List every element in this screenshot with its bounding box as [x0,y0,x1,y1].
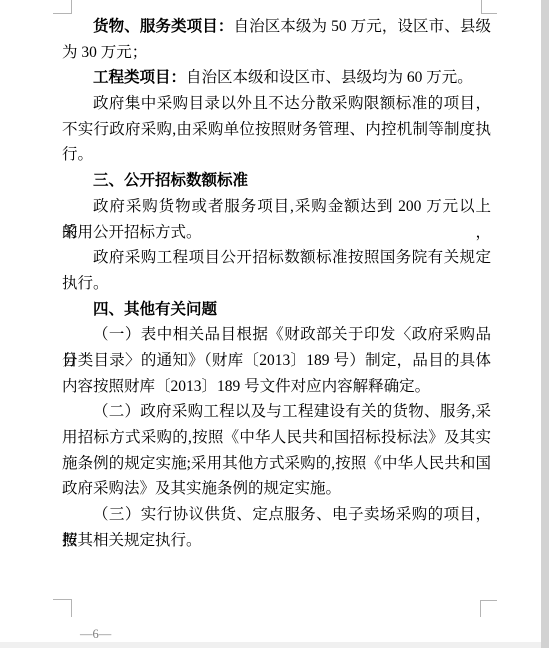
text-run: 政府集中采购目录以外且不达分散采购限额标准的项目， [93,95,491,112]
text-run: （二）政府采购工程以及与工程建设有关的货物、服务,采 [93,403,491,420]
text-run: 政府采购工程项目公开招标数额标准按照国务院有关规定 [93,249,491,266]
text-line: 执行。 [62,271,491,297]
text-run: 不实行政府采购,由采购单位按照财务管理、内控机制等制度执 [62,121,491,138]
text-boundary-mark-bottom-left-icon [53,599,72,617]
text-run: 自治区本级和设区市、县级均为 60 万元。 [186,69,473,86]
text-line: 分类目录〉的通知》（财库〔2013〕189 号）制定，品目的具体 [62,348,491,374]
text-run: 执行。 [62,275,109,292]
text-run: 为 30 万元； [62,44,147,61]
text-boundary-mark-bottom-right-icon [480,600,497,617]
text-line: （一）表中相关品目根据《财政部关于印发〈政府采购品目 [62,322,491,348]
text-line: 政府采购货物或者服务项目,采购金额达到 200 万元以上的， [62,194,491,220]
text-run: 政府采购法》及其实施条例的规定实施。 [62,480,341,497]
text-line: （三）实行协议供货、定点服务、电子卖场采购的项目，按 [62,502,491,528]
bold-text-run: 货物、服务类项目： [93,17,233,35]
text-line: 货物、服务类项目：自治区本级为 50 万元，设区市、县级 [62,14,491,40]
text-line: 工程类项目：自治区本级和设区市、县级均为 60 万元。 [62,65,491,91]
text-line: 不实行政府采购,由采购单位按照财务管理、内控机制等制度执 [62,117,491,143]
bold-text-run: 三、公开招标数额标准 [93,171,248,189]
page-edge-bottom [0,642,541,648]
text-line: 施条例的规定实施;采用其他方式采购的,按照《中华人民共和国 [62,451,491,477]
document-body: 货物、服务类项目：自治区本级为 50 万元，设区市、县级为 30 万元；工程类项… [62,14,491,553]
text-line: （二）政府采购工程以及与工程建设有关的货物、服务,采 [62,399,491,425]
text-run: 照其相关规定执行。 [62,532,202,549]
text-run: 施条例的规定实施;采用其他方式采购的,按照《中华人民共和国 [62,455,491,472]
text-line: 政府采购工程项目公开招标数额标准按照国务院有关规定 [62,245,491,271]
text-line: 政府集中采购目录以外且不达分散采购限额标准的项目， [62,91,491,117]
text-line: 内容按照财库〔2013〕189 号文件对应内容解释确定。 [62,374,491,400]
text-boundary-mark-top-left-icon [53,0,72,14]
text-line: 三、公开招标数额标准 [62,168,491,194]
text-line: 行。 [62,142,491,168]
page-edge-right [541,0,549,648]
text-run: 分类目录〉的通知》（财库〔2013〕189 号）制定，品目的具体 [62,352,491,369]
text-line: 为 30 万元； [62,40,491,66]
bold-text-run: 工程类项目： [93,68,186,86]
text-run: 行。 [62,146,93,163]
text-line: 用招标方式采购的,按照《中华人民共和国招标投标法》及其实 [62,425,491,451]
text-line: 四、其他有关问题 [62,297,491,323]
text-run: 采用公开招标方式。 [62,224,202,241]
text-run: 内容按照财库〔2013〕189 号文件对应内容解释确定。 [62,378,430,395]
document-page: 货物、服务类项目：自治区本级为 50 万元，设区市、县级为 30 万元；工程类项… [0,0,549,648]
text-line: 政府采购法》及其实施条例的规定实施。 [62,476,491,502]
page-number: —6— [80,627,111,641]
text-boundary-mark-top-right-icon [481,0,497,14]
bold-text-run: 四、其他有关问题 [93,300,217,318]
text-line: 照其相关规定执行。 [62,528,491,554]
text-run: 用招标方式采购的,按照《中华人民共和国招标投标法》及其实 [62,429,491,446]
text-run: 自治区本级为 50 万元，设区市、县级 [233,18,491,35]
